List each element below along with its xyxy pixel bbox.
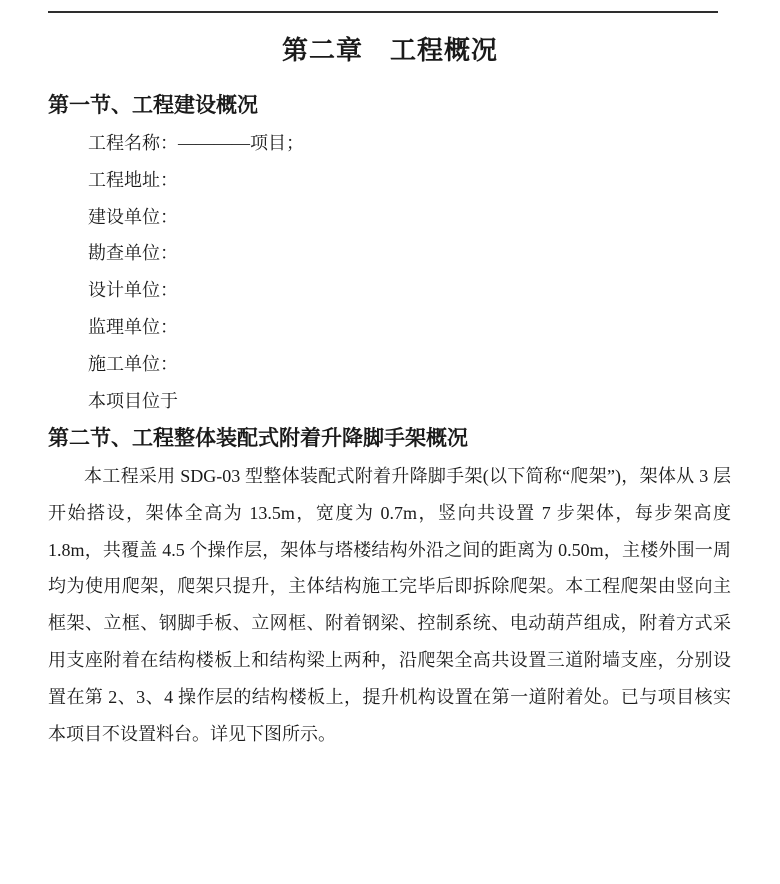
project-info-field-list: 工程名称：————项目； 工程地址： 建设单位： 勘查单位： 设计单位： 监理单… <box>88 125 304 419</box>
chapter-title: 第二章 工程概况 <box>0 30 780 67</box>
field-design-unit: 设计单位： <box>88 272 304 309</box>
field-supervision-unit: 监理单位： <box>88 309 304 346</box>
field-survey-unit: 勘查单位： <box>88 235 304 272</box>
field-contractor-unit: 施工单位： <box>88 346 304 383</box>
field-project-name: 工程名称：————项目； <box>88 125 304 162</box>
section-2-body-paragraph: 本工程采用 SDG-03 型整体装配式附着升降脚手架(以下简称“爬架”)，架体从… <box>48 458 731 752</box>
document-page: 第二章 工程概况 第一节、工程建设概况 工程名称：————项目； 工程地址： 建… <box>0 0 780 884</box>
field-project-location: 本项目位于 <box>88 383 304 420</box>
header-rule <box>48 11 718 13</box>
field-construction-unit: 建设单位： <box>88 199 304 236</box>
section-2-heading: 第二节、工程整体装配式附着升降脚手架概况 <box>48 422 468 452</box>
section-1-heading: 第一节、工程建设概况 <box>48 89 258 119</box>
field-project-address: 工程地址： <box>88 162 304 199</box>
